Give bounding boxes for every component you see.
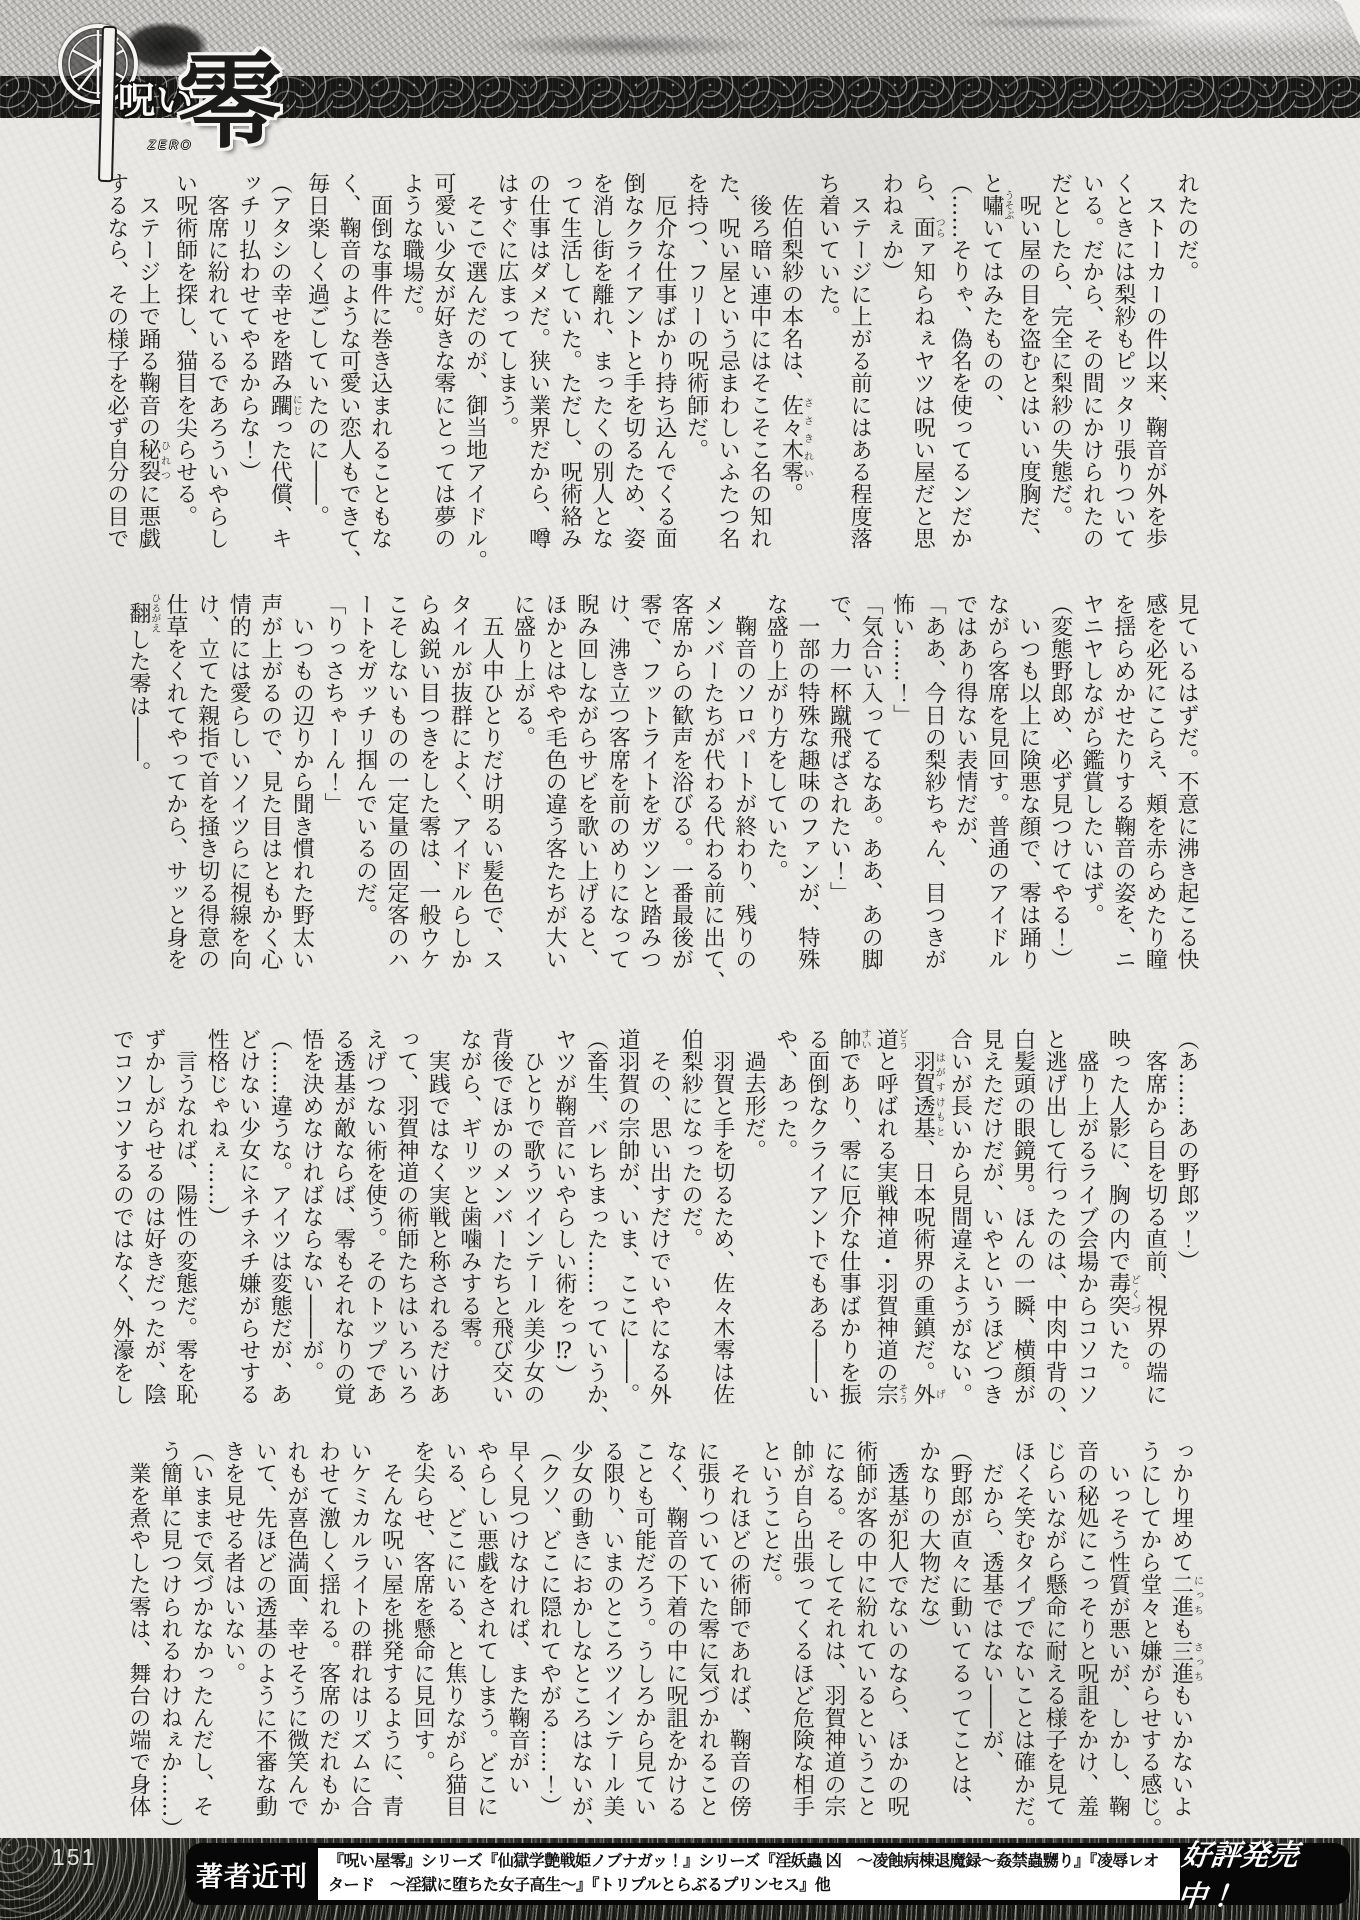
text-column: 業を煮やした零は、舞台の端で身体 [122, 1440, 154, 1820]
text-column: ような職場だ。 [396, 172, 428, 552]
text-column: （畜生、バレちまった……っていうか、 [580, 1028, 612, 1408]
text-column: く、鞠音のような可愛い恋人もできて、 [332, 172, 364, 552]
text-column: ずかしがらせるのは好きだったが、陰 [137, 1028, 169, 1408]
text-column: だから、透基ではない――が、 [975, 1440, 1007, 1820]
text-column: （クソ、どこに隠れてやがる……！） [533, 1440, 565, 1820]
text-column: た、呪い屋という忌まわしいふたつ名 [712, 172, 744, 552]
logo-romaji-text: ZERO [148, 138, 193, 152]
text-column: なく、鞠音の下着の中に呪詛をかける [659, 1440, 691, 1820]
page-number: 151 [52, 1844, 96, 1871]
text-column: ながら客席を見回す。普通のアイドル [981, 593, 1013, 973]
text-column: （あ……あの野郎ッ！） [1170, 1028, 1202, 1408]
text-column: かなりの大物だな） [912, 1440, 944, 1820]
text-column: 翻ひるがえした零は――。 [122, 593, 159, 973]
text-column: 五人中ひとりだけ明るい髪色で、ス [475, 593, 507, 973]
text-column: 羽賀と手を切るため、佐々木零は佐 [706, 1028, 738, 1408]
text-column: くときには梨紗もピッタリ張りついて [1107, 172, 1139, 552]
series-logo: 呪い屋 零 ZERO [48, 14, 308, 174]
text-column: きを見せる者はいない。 [217, 1440, 249, 1820]
text-column: 毎日楽しく過ごしていたのに――。 [301, 172, 333, 552]
text-column: になる。そしてそれは、羽賀神道の宗 [817, 1440, 849, 1820]
text-column: やらしい悪戯をされてしまう。どこに [470, 1440, 502, 1820]
text-band-3: （あ……あの野郎ッ！） 客席から目を切る直前、視界の端に映った人影に、胸の内で毒… [106, 1028, 1202, 1408]
book-titles-text: 『呪い屋零』シリーズ『仙獄学艶戦姫ノブナガッ！』シリーズ『淫妖蟲 凶 〜凌蝕病棟… [328, 1850, 1170, 1898]
text-column: 「りっさちゃーん！」 [317, 593, 349, 973]
text-column: け、立てた親指で首を掻き切る得意の [191, 593, 223, 973]
text-column: 客席から目を切る直前、視界の端に [1139, 1028, 1171, 1408]
text-column: こそしないものの一定量の固定客のハ [381, 593, 413, 973]
text-column: る透基が敵ならば、零もそれなりの覚 [327, 1028, 359, 1408]
text-column: 性格じゃねぇ……） [201, 1028, 233, 1408]
author-books-label-text: 著者近刊 [196, 1855, 308, 1894]
text-column: ほくそ笑むタイプでないことは確かだ。 [1007, 1440, 1039, 1820]
text-column: 声が上がるので、見た目はともかく心 [254, 593, 286, 973]
text-column: 早く見つけなければ、また鞠音がい [501, 1440, 533, 1820]
text-column: で、力一杯蹴飛ばされたい！」 [823, 593, 855, 973]
text-band-4: っかり埋めて二進にっちも三進さっちもいかないようにしてから堂々と嫌がらせする感じ… [122, 1440, 1202, 1820]
text-column: 帥が自ら出張ってくるほど危険な相手 [786, 1440, 818, 1820]
text-column: 背後でほかのメンバーたちと飛び交い [485, 1028, 517, 1408]
text-column: 道羽賀の宗帥が、いま、ここに――。 [611, 1028, 643, 1408]
text-column: と嘯うそぶいてはみたものの、 [975, 172, 1012, 552]
text-column: って生活していた。ただし、呪術絡み [554, 172, 586, 552]
text-column: ら、面つらァ知らねぇヤツは呪い屋だと思 [907, 172, 944, 552]
text-column: （……そりゃ、偽名を使ってるンだか [944, 172, 976, 552]
text-column: 実践ではなく実戦と称されるだけあ [422, 1028, 454, 1408]
text-column: ほかとはやや毛色の違う客たちが大い [539, 593, 571, 973]
text-column: ながら、ギリッと歯噛みする零。 [453, 1028, 485, 1408]
text-column: 面倒な事件に巻き込まれることもな [364, 172, 396, 552]
text-column: えげつない術を使う。そのトップであ [359, 1028, 391, 1408]
text-column: ひとりで歌うツインテール美少女の [517, 1028, 549, 1408]
text-column: る限り、いまのところツインテール美 [596, 1440, 628, 1820]
text-column: を持つ、フリーの呪術師だ。 [680, 172, 712, 552]
text-column: 怖い……！」 [886, 593, 918, 973]
text-column: ストーカーの件以来、鞠音が外を歩 [1139, 172, 1171, 552]
text-column: に盛り上がる。 [507, 593, 539, 973]
text-column: ステージに上がる前にはある程度落 [843, 172, 875, 552]
text-column: 少女の動きにおかしなところはないが、 [565, 1440, 597, 1820]
text-column: ステージ上で踊る鞠音の秘裂ひれつに悪戯 [132, 172, 169, 552]
corner-scratch-decoration [1290, 0, 1360, 54]
text-column: いケミカルライトの群れはリズムに合 [343, 1440, 375, 1820]
text-column: そこで選んだのが、御当地アイドル。 [459, 172, 491, 552]
text-column: メンバーたちが代わる代わる前に出て、 [697, 593, 729, 973]
text-column: （変態野郎め、必ず見つけてやる！） [1044, 593, 1076, 973]
text-column: ということだ。 [754, 1440, 786, 1820]
text-band-1: れたのだ。 ストーカーの件以来、鞠音が外を歩くときには梨紗もピッタリ張りついてい… [100, 172, 1202, 552]
text-column: る面倒なクライアントでもある――い [801, 1028, 833, 1408]
text-column: ち着いていた。 [812, 172, 844, 552]
text-column: ことも可能だろう。うしろから見てい [628, 1440, 660, 1820]
text-column: 過去形だ。 [738, 1028, 770, 1408]
book-page: 呪い屋 零 ZERO れたのだ。 ストーカーの件以来、鞠音が外を歩くときには梨紗… [0, 0, 1360, 1920]
text-column: 言うなれば、陽性の変態だ。零を恥 [169, 1028, 201, 1408]
text-column: を揺らめかせたりする鞠音の姿を、ニ [1107, 593, 1139, 973]
text-column: 白髪頭の眼鏡男。ほんの一瞬、横顔が [1007, 1028, 1039, 1408]
text-column: や、あった。 [769, 1028, 801, 1408]
text-column: に張りついていた零に気づかれること [691, 1440, 723, 1820]
text-column: れもが喜色満面、幸せそうに微笑んで [280, 1440, 312, 1820]
text-column: 可愛い少女が好きな零にとっては夢の [427, 172, 459, 552]
text-column: ヤニヤしながら鑑賞したいはず。 [1076, 593, 1108, 973]
text-column: 盛り上がるライブ会場からコソコソ [1070, 1028, 1102, 1408]
text-column: その、思い出すだけでいやになる外 [643, 1028, 675, 1408]
text-column: いる、どこにいる、と焦りながら猫目 [438, 1440, 470, 1820]
text-column: 術師が客の中に紛れているということ [849, 1440, 881, 1820]
text-column: ヤツが鞠音にいやらしい術をっ⁉） [548, 1028, 580, 1408]
text-column: いる。だから、その間にかけられたの [1076, 172, 1108, 552]
text-column: 見ているはずだ。不意に沸き起こる快 [1170, 593, 1202, 973]
text-column: 音の秘処にこっそりと呪詛をかけ、羞 [1070, 1440, 1102, 1820]
text-column: ではあり得ない表情だが、 [949, 593, 981, 973]
text-column: いつも以上に険悪な顔で、零は踊り [1012, 593, 1044, 973]
text-column: 帥すいであり、零に厄介な仕事ばかりを振 [832, 1028, 869, 1408]
text-column: 伯梨紗になったのだ。 [675, 1028, 707, 1408]
text-column: でコソコソするのではなく、外濠をし [106, 1028, 138, 1408]
text-band-2: 見ているはずだ。不意に沸き起こる快感を必死にこらえ、頬を赤らめたり瞳を揺らめかせ… [122, 593, 1202, 973]
text-column: と逃げ出して行ったのは、中肉中背の、 [1039, 1028, 1071, 1408]
text-column: 一部の特殊な趣味のファンが、特殊 [791, 593, 823, 973]
text-column: （いままで気づかなかったんだし、そ [186, 1440, 218, 1820]
author-books-label: 著者近刊 [186, 1843, 318, 1905]
text-column: どけない少女にネチネチ嫌がらせする [232, 1028, 264, 1408]
on-sale-text: 好評発売中！ [1176, 1833, 1355, 1915]
text-column: って、羽賀神道の術師たちはいろいろ [390, 1028, 422, 1408]
text-column: （野郎が直々に動いてるってことは、 [944, 1440, 976, 1820]
book-titles-box: 『呪い屋零』シリーズ『仙獄学艶戦姫ノブナガッ！』シリーズ『淫妖蟲 凶 〜凌蝕病棟… [318, 1848, 1180, 1900]
text-column: い呪術師を探し、猫目を尖らせる。 [169, 172, 201, 552]
text-column: 厄介な仕事ばかり持ち込んでくる面 [648, 172, 680, 552]
text-column: を尖らせ、客席を懸命に見回す。 [407, 1440, 439, 1820]
text-column: 佐伯梨紗の本名は、佐々木零ささきれい。 [775, 172, 812, 552]
text-column: 後ろ暗い連中にはそこそこ名の知れ [743, 172, 775, 552]
text-column: の仕事はダメだ。狭い業界だから、噂 [522, 172, 554, 552]
text-column: け、沸き立つ客席を前のめりになって [602, 593, 634, 973]
text-column: 客席からの歓声を浴びる。一番最後が [665, 593, 697, 973]
text-column: れたのだ。 [1170, 172, 1202, 552]
on-sale-badge: 好評発売中！ [1180, 1843, 1350, 1905]
text-column: 鞠音のソロパートが終わり、残りの [728, 593, 760, 973]
logo-zero-character: 零 [178, 50, 282, 154]
text-column: 仕草をくれてやってから、サッと身を [159, 593, 191, 973]
text-column: 感を必死にこらえ、頬を赤らめたり瞳 [1139, 593, 1171, 973]
text-column: じらいながら懸命に耐える様子を見て [1039, 1440, 1071, 1820]
text-column: 呪い屋の目を盗むとはいい度胸だ、 [1012, 172, 1044, 552]
text-column: はすぐに広まってしまう。 [490, 172, 522, 552]
text-column: 見えただけだが、いやというほどつき [975, 1028, 1007, 1408]
brush-stroke-decoration [98, 26, 117, 182]
text-column: うにしてから堂々と嫌がらせする感じ。 [1133, 1440, 1165, 1820]
text-column: わねぇか） [875, 172, 907, 552]
text-column: 客席に紛れているであろういやらし [201, 172, 233, 552]
text-column: 情的には愛らしいソイツらに視線を向 [223, 593, 255, 973]
text-column: 映った人影に、胸の内で毒突どくづいた。 [1102, 1028, 1139, 1408]
text-column: そんな呪い屋を挑発するように、青 [375, 1440, 407, 1820]
text-column: ートをガッチリ掴んでいるのだ。 [349, 593, 381, 973]
text-column: ッチリ払わせてやるからな！） [232, 172, 264, 552]
text-column: タイルが抜群によく、アイドルらしか [444, 593, 476, 973]
text-column: 「気合い入ってるなあ。ああ、あの脚 [854, 593, 886, 973]
text-column: （……違うな。アイツは変態だが、あ [264, 1028, 296, 1408]
text-column: っかり埋めて二進にっちも三進さっちもいかないよ [1165, 1440, 1202, 1820]
text-column: いつもの辺りから聞き慣れた野太い [286, 593, 318, 973]
text-column: 倒なクライアントと手を切るため、姿 [617, 172, 649, 552]
publisher-strip: 著者近刊 『呪い屋零』シリーズ『仙獄学艶戦姫ノブナガッ！』シリーズ『淫妖蟲 凶 … [186, 1843, 1350, 1905]
text-column: 羽賀透基はがすけもと、日本呪術界の重鎮だ。外げ [907, 1028, 944, 1408]
text-column: 睨み回しながらサビを歌い上げると、 [570, 593, 602, 973]
text-column: するなら、その様子を必ず自分の目で [100, 172, 132, 552]
text-column: な盛り上がり方をしていた。 [760, 593, 792, 973]
text-column: う簡単に見つけられるわけねぇか……） [154, 1440, 186, 1820]
text-column: 透基が犯人でないのなら、ほかの呪 [881, 1440, 913, 1820]
text-column: 道どうと呼ばれる実戦神道・羽賀神道の宗そう [870, 1028, 907, 1408]
text-column: （アタシの幸せを踏み躙にじった代償、キ [264, 172, 301, 552]
text-column: らぬ鋭い目つきをした零は、一般ウケ [412, 593, 444, 973]
text-column: を消し街を離れ、まったくの別人とな [585, 172, 617, 552]
text-column: いて、先ほどの透基のように不審な動 [249, 1440, 281, 1820]
text-column: いっそう性質が悪いが、しかし、鞠 [1102, 1440, 1134, 1820]
text-column: 悟を決めなければならない――が。 [295, 1028, 327, 1408]
text-column: わせて激しく揺れる。客席のだれもか [312, 1440, 344, 1820]
text-column: だとしたら、完全に梨紗の失態だ。 [1044, 172, 1076, 552]
text-column: それほどの術師であれば、鞠音の傍 [723, 1440, 755, 1820]
text-column: 零で、フットライトをガツンと踏みつ [633, 593, 665, 973]
text-column: 合いが長いから見間違えようがない。 [944, 1028, 976, 1408]
text-column: 「ああ、今日の梨紗ちゃん、目つきが [918, 593, 950, 973]
